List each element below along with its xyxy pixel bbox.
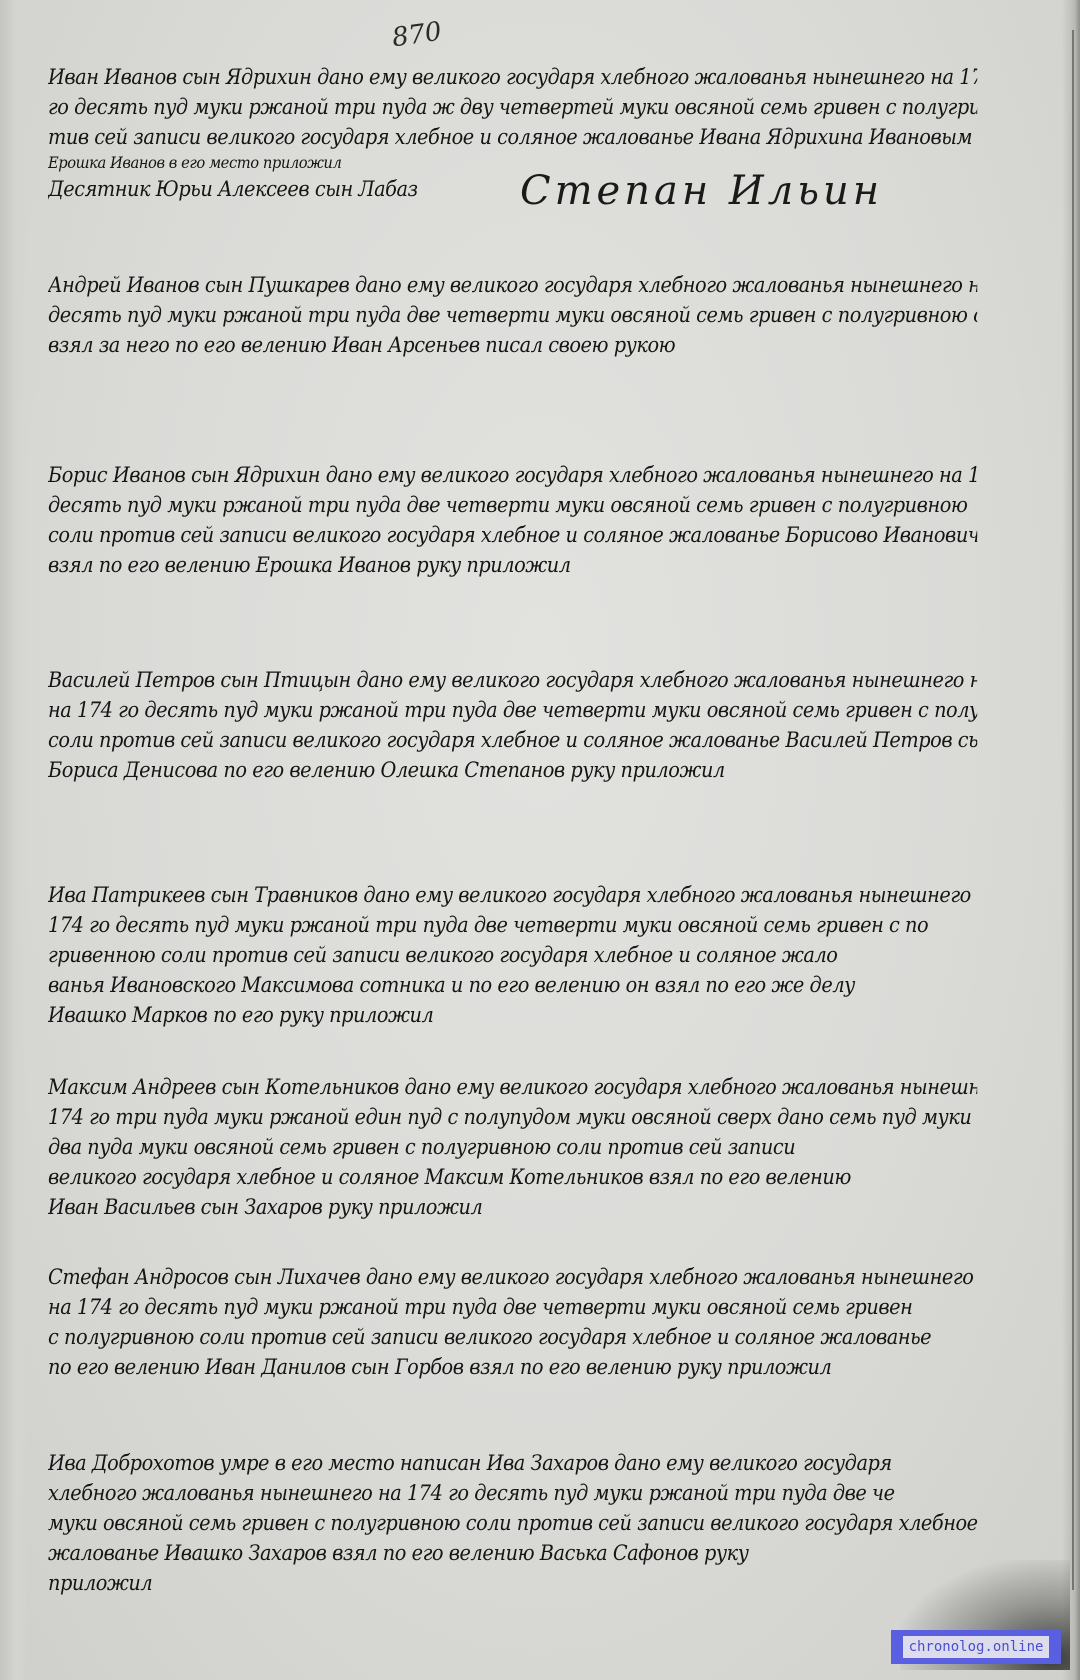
entry-text-line: го десять пуд муки ржаной три пуда ж дву… [48,92,977,122]
entry-text-line: Бориса Денисова по его велению Олешка Ст… [48,755,977,785]
folio-number: 870 [390,17,443,54]
entry-text-line: соли против сей записи великого государя… [48,520,977,550]
entry-heading-line: Иван Иванов сын Ядрихин дано ему великог… [48,62,977,92]
page-left-edge [0,0,28,1680]
register-entry: Андрей Иванов сын Пушкарев дано ему вели… [48,270,1058,360]
register-entry: Василей Петров сын Птицын дано ему велик… [48,665,1058,785]
entry-heading-line: Ива Доброхотов умре в его место написан … [48,1448,977,1478]
entry-text-line: десять пуд муки ржаной три пуда две четв… [48,490,977,520]
entry-text-line: муки овсяной семь гривен с полугривною с… [48,1508,977,1538]
watermark-badge: chronolog.online [891,1630,1061,1664]
entry-text-line: взял за него по его велению Иван Арсенье… [48,330,977,360]
entry-text-line: гривенною соли против сей записи великог… [48,940,977,970]
entry-text-line: Ивашко Марков по его руку приложил [48,1000,977,1030]
entry-text-line: по его велению Иван Данилов сын Горбов в… [48,1352,977,1382]
entry-text-line: взял по его велению Ерошка Иванов руку п… [48,550,977,580]
entry-heading-line: Стефан Андросов сын Лихачев дано ему вел… [48,1262,977,1292]
register-entry: Стефан Андросов сын Лихачев дано ему вел… [48,1262,1058,1382]
watermark-text: chronolog.online [903,1636,1050,1658]
entry-heading-line: Максим Андреев сын Котельников дано ему … [48,1072,977,1102]
entry-text-line: 174 го три пуда муки ржаной един пуд с п… [48,1102,977,1132]
entry-text-line: на 174 го десять пуд муки ржаной три пуд… [48,1292,977,1322]
entry-text-line: десять пуд муки ржаной три пуда две четв… [48,300,977,330]
page-right-edge [1062,0,1080,1680]
register-entry: Ива Доброхотов умре в его место написан … [48,1448,1058,1598]
entry-text-line: тив сей записи великого государя хлебное… [48,122,977,152]
entry-text-line: хлебного жалованья нынешнего на 174 го д… [48,1478,977,1508]
register-entry: Максим Андреев сын Котельников дано ему … [48,1072,1058,1222]
entry-heading-line: Андрей Иванов сын Пушкарев дано ему вели… [48,270,977,300]
entry-text-line: великого государя хлебное и соляное Макс… [48,1162,977,1192]
signature: Степан Ильин [520,168,883,214]
entry-text-line: Иван Васильев сын Захаров руку приложил [48,1192,977,1222]
entry-text-line: приложил [48,1568,977,1598]
register-entry: Ива Патрикеев сын Травников дано ему вел… [48,880,1058,1030]
entry-text-line: с полугривною соли против сей записи вел… [48,1322,977,1352]
entry-heading-line: Борис Иванов сын Ядрихин дано ему велико… [48,460,977,490]
entry-text-line: соли против сей записи великого государя… [48,725,977,755]
manuscript-page: 870 Иван Иванов сын Ядрихин дано ему вел… [0,0,1080,1680]
entry-heading-line: Ива Патрикеев сын Травников дано ему вел… [48,880,977,910]
entry-text-line: на 174 го десять пуд муки ржаной три пуд… [48,695,977,725]
entry-text-line: два пуда муки овсяной семь гривен с полу… [48,1132,977,1162]
entry-text-line: ванья Ивановского Максимова сотника и по… [48,970,977,1000]
binding-rule [1072,30,1074,1590]
entry-text-line: жалованье Ивашко Захаров взял по его вел… [48,1538,977,1568]
register-entry: Борис Иванов сын Ядрихин дано ему велико… [48,460,1058,580]
entry-text-line: 174 го десять пуд муки ржаной три пуда д… [48,910,977,940]
entry-heading-line: Василей Петров сын Птицын дано ему велик… [48,665,977,695]
